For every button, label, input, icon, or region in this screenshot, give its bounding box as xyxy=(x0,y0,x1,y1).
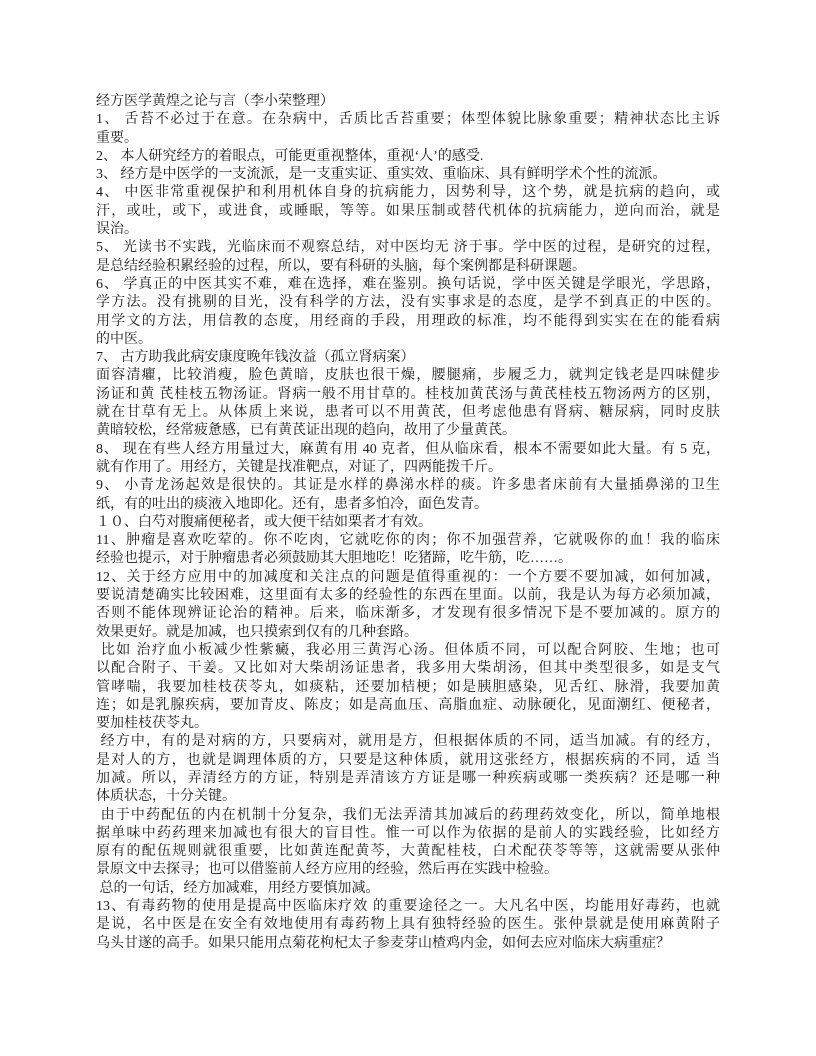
item-11: 11、肿瘤是喜欢吃荤的。你不吃肉，它就吃你的肉；你不加强营养，它就吸你的血！我的… xyxy=(96,532,720,569)
item-5: 5、 光读书不实践，光临床而不观察总结，对中医均无 济于事。学中医的过程，是研究… xyxy=(96,239,720,276)
text-line: 要加桂枝茯苓丸。 xyxy=(96,715,720,733)
text-line: 面容清癯，比较消瘦，脸色黄暗，皮肤也很干燥，腰腿痛，步履乏力，就判定钱老是四味健… xyxy=(96,367,720,385)
text-line: 连；如是乳腺疾病，要加青皮、陈皮；如是高血压、高脂血症、动脉硬化，见面潮红、便秘… xyxy=(96,697,720,715)
item-6: 6、 学真正的中医其实不难，难在选择，难在鉴别。换句话说，学中医关键是学眼光，学… xyxy=(96,276,720,349)
item-9: 9、 小青龙汤起效是很快的。其证是水样的鼻涕水样的痰。许多患者床前有大量插鼻涕的… xyxy=(96,477,720,514)
text-line: 12、关于经方应用中的加减度和关注点的问题是值得重视的：一个方要不要加减，如何加… xyxy=(96,569,720,587)
text-line: 由于中药配伍的内在机制十分复杂，我们无法弄清其加减后的药理药效变化，所以，简单地… xyxy=(96,807,720,825)
text-line: 以配合附子、干姜。又比如对大柴胡汤证患者，我多用大柴胡汤，但其中类型很多，如是支… xyxy=(96,660,720,678)
text-line: 否则不能体现辨证论治的精神。后来，临床渐多，才发现有很多情况下是不要加减的。原方… xyxy=(96,605,720,623)
text-line: 是说，名中医是在安全有效地使用有毒药物上具有独特经验的医生。张仲景就是使用麻黄附… xyxy=(96,916,720,934)
text-line: 管哮喘，我要加桂枝茯苓丸，如痰粘，还要加桔梗；如是胰胆感染，见舌红、脉滑，我要加… xyxy=(96,679,720,697)
item-7-case-description: 面容清癯，比较消瘦，脸色黄暗，皮肤也很干燥，腰腿痛，步履乏力，就判定钱老是四味健… xyxy=(96,367,720,440)
item-2: 2、 本人研究经方的着眼点，可能更重视整体，重视‘人’的感受. xyxy=(96,148,720,166)
item-10: １０、白芍对腹痛便秘者，或大便干结如栗者才有效。 xyxy=(96,514,720,532)
document-text-block: 经方医学黄煌之论与言（李小荣整理）1、 舌苔不必过于在意。在杂病中，舌质比舌苔重… xyxy=(96,93,720,953)
text-line: 景原文中去探寻；也可以借鉴前人经方应用的经验，然后再在实践中检验。 xyxy=(96,861,720,879)
text-line: 的中医。 xyxy=(96,331,720,349)
text-line: 要说清楚确实比较困难，这里面有太多的经验性的东西在里面。以前，我是认为每方必须加… xyxy=(96,587,720,605)
item-12: 12、关于经方应用中的加减度和关注点的问题是值得重视的：一个方要不要加减，如何加… xyxy=(96,569,720,642)
item-12-summary: 总的一句话，经方加减难，用经方要慎加减。 xyxy=(96,880,720,898)
document-title: 经方医学黄煌之论与言（李小荣整理） xyxy=(96,93,720,111)
text-line: 黄暗较松，经常疲惫感，已有黄芪证出现的趋向，故用了少量黄芪。 xyxy=(96,422,720,440)
item-4: 4、 中医非常重视保护和利用机体自身的抗病能力，因势利导，这个势，就是抗病的趋向… xyxy=(96,184,720,239)
item-12-fangzheng-paragraph: 经方中，有的是对病的方，只要病对，就用是方，但根据体质的不同，适当加减。有的经方… xyxy=(96,733,720,806)
text-line: 13、有毒药物的使用是提高中医临床疗效 的重要途径之一。大凡名中医，均能用好毒药… xyxy=(96,898,720,916)
text-line: 原有的配伍规则就很重要，比如黄连配黄芩，大黄配桂枝，白术配茯苓等等，这就需要从张… xyxy=(96,843,720,861)
text-line: 经验也提示，对于肿瘤患者必须鼓励其大胆地吃！吃猪蹄，吃牛筋，吃……。 xyxy=(96,550,720,568)
item-12-peiwu-paragraph: 由于中药配伍的内在机制十分复杂，我们无法弄清其加减后的药理药效变化，所以，简单地… xyxy=(96,807,720,880)
text-line: 6、 学真正的中医其实不难，难在选择，难在鉴别。换句话说，学中医关键是学眼光，学… xyxy=(96,276,720,294)
item-8: 8、 现在有些人经方用量过大，麻黄有用 40 克者，但从临床看，根本不需要如此大… xyxy=(96,441,720,478)
text-line: 就在甘草有无上。从体质上来说，患者可以不用黄芪，但考虑他患有肾病、糖尿病，同时皮… xyxy=(96,404,720,422)
item-13: 13、有毒药物的使用是提高中医临床疗效 的重要途径之一。大凡名中医，均能用好毒药… xyxy=(96,898,720,953)
text-line: 汗，或吐，或下，或进食，或睡眠，等等。如果压制或替代机体的抗病能力，逆向而治，就… xyxy=(96,203,720,221)
text-line: 就有作用了。用经方，关键是找准靶点，对证了，四两能拨千斤。 xyxy=(96,459,720,477)
text-line: 是对人的方，也就是调理体质的方，只要是这种体质，就用这张经方，根据疾病的不同，适… xyxy=(96,752,720,770)
text-line: 经方医学黄煌之论与言（李小荣整理） xyxy=(96,93,720,111)
item-12-example-paragraph: 比如 治疗血小板减少性紫癜，我必用三黄泻心汤。但体质不同，可以配合阿胶、生地；也… xyxy=(96,642,720,733)
text-line: 7、 古方助我此病安康度晚年钱汝益（孤立肾病案） xyxy=(96,349,720,367)
text-line: 是总结经验积累经验的过程，所以，要有科研的头脑，每个案例都是科研课题。 xyxy=(96,258,720,276)
text-line: 乌头甘遂的高手。如果只能用点菊花枸杞太子参麦芽山楂鸡内金，如何去应对临床大病重症… xyxy=(96,935,720,953)
text-line: 误治。 xyxy=(96,221,720,239)
text-line: 8、 现在有些人经方用量过大，麻黄有用 40 克者，但从临床看，根本不需要如此大… xyxy=(96,441,720,459)
item-1: 1、 舌苔不必过于在意。在杂病中，舌质比舌苔重要；体型体貌比脉象重要；精神状态比… xyxy=(96,111,720,148)
text-line: 比如 治疗血小板减少性紫癜，我必用三黄泻心汤。但体质不同，可以配合阿胶、生地；也… xyxy=(96,642,720,660)
text-line: 3、 经方是中医学的一支流派，是一支重实证、重实效、重临床、具有鲜明学术个性的流… xyxy=(96,166,720,184)
text-line: 11、肿瘤是喜欢吃荤的。你不吃肉，它就吃你的肉；你不加强营养，它就吸你的血！我的… xyxy=(96,532,720,550)
item-3: 3、 经方是中医学的一支流派，是一支重实证、重实效、重临床、具有鲜明学术个性的流… xyxy=(96,166,720,184)
text-line: 9、 小青龙汤起效是很快的。其证是水样的鼻涕水样的痰。许多患者床前有大量插鼻涕的… xyxy=(96,477,720,495)
text-line: 体质状态，十分关键。 xyxy=(96,788,720,806)
text-line: 效果更好。就是加减，也只摸索到仅有的几种套路。 xyxy=(96,624,720,642)
text-line: 加减。所以，弄清经方的方证，特别是弄清该方方证是哪一种疾病或哪一类疾病？还是哪一… xyxy=(96,770,720,788)
text-line: 4、 中医非常重视保护和利用机体自身的抗病能力，因势利导，这个势，就是抗病的趋向… xyxy=(96,184,720,202)
text-line: 纸，有的吐出的痰液入地即化。还有，患者多怕冷，面色发青。 xyxy=(96,496,720,514)
text-line: 2、 本人研究经方的着眼点，可能更重视整体，重视‘人’的感受. xyxy=(96,148,720,166)
text-line: 汤证和黄 芪桂枝五物汤证。肾病一般不用甘草的。桂枝加黄芪汤与黄芪桂枝五物汤两方的… xyxy=(96,386,720,404)
item-7: 7、 古方助我此病安康度晚年钱汝益（孤立肾病案） xyxy=(96,349,720,367)
text-line: １０、白芍对腹痛便秘者，或大便干结如栗者才有效。 xyxy=(96,514,720,532)
text-line: 用学文的方法，用信教的态度，用经商的手段，用理政的标准，均不能得到实实在在的能看… xyxy=(96,313,720,331)
text-line: 5、 光读书不实践，光临床而不观察总结，对中医均无 济于事。学中医的过程，是研究… xyxy=(96,239,720,257)
text-line: 经方中，有的是对病的方，只要病对，就用是方，但根据体质的不同，适当加减。有的经方… xyxy=(96,733,720,751)
text-line: 据单味中药药理来加减也有很大的盲目性。惟一可以作为依据的是前人的实践经验，比如经… xyxy=(96,825,720,843)
text-line: 总的一句话，经方加减难，用经方要慎加减。 xyxy=(96,880,720,898)
text-line: 重要。 xyxy=(96,130,720,148)
document-page: 经方医学黄煌之论与言（李小荣整理）1、 舌苔不必过于在意。在杂病中，舌质比舌苔重… xyxy=(0,0,816,1056)
text-line: 1、 舌苔不必过于在意。在杂病中，舌质比舌苔重要；体型体貌比脉象重要；精神状态比… xyxy=(96,111,720,129)
text-line: 学方法。没有挑剔的目光，没有科学的方法，没有实事求是的态度，是学不到真正的中医的… xyxy=(96,294,720,312)
